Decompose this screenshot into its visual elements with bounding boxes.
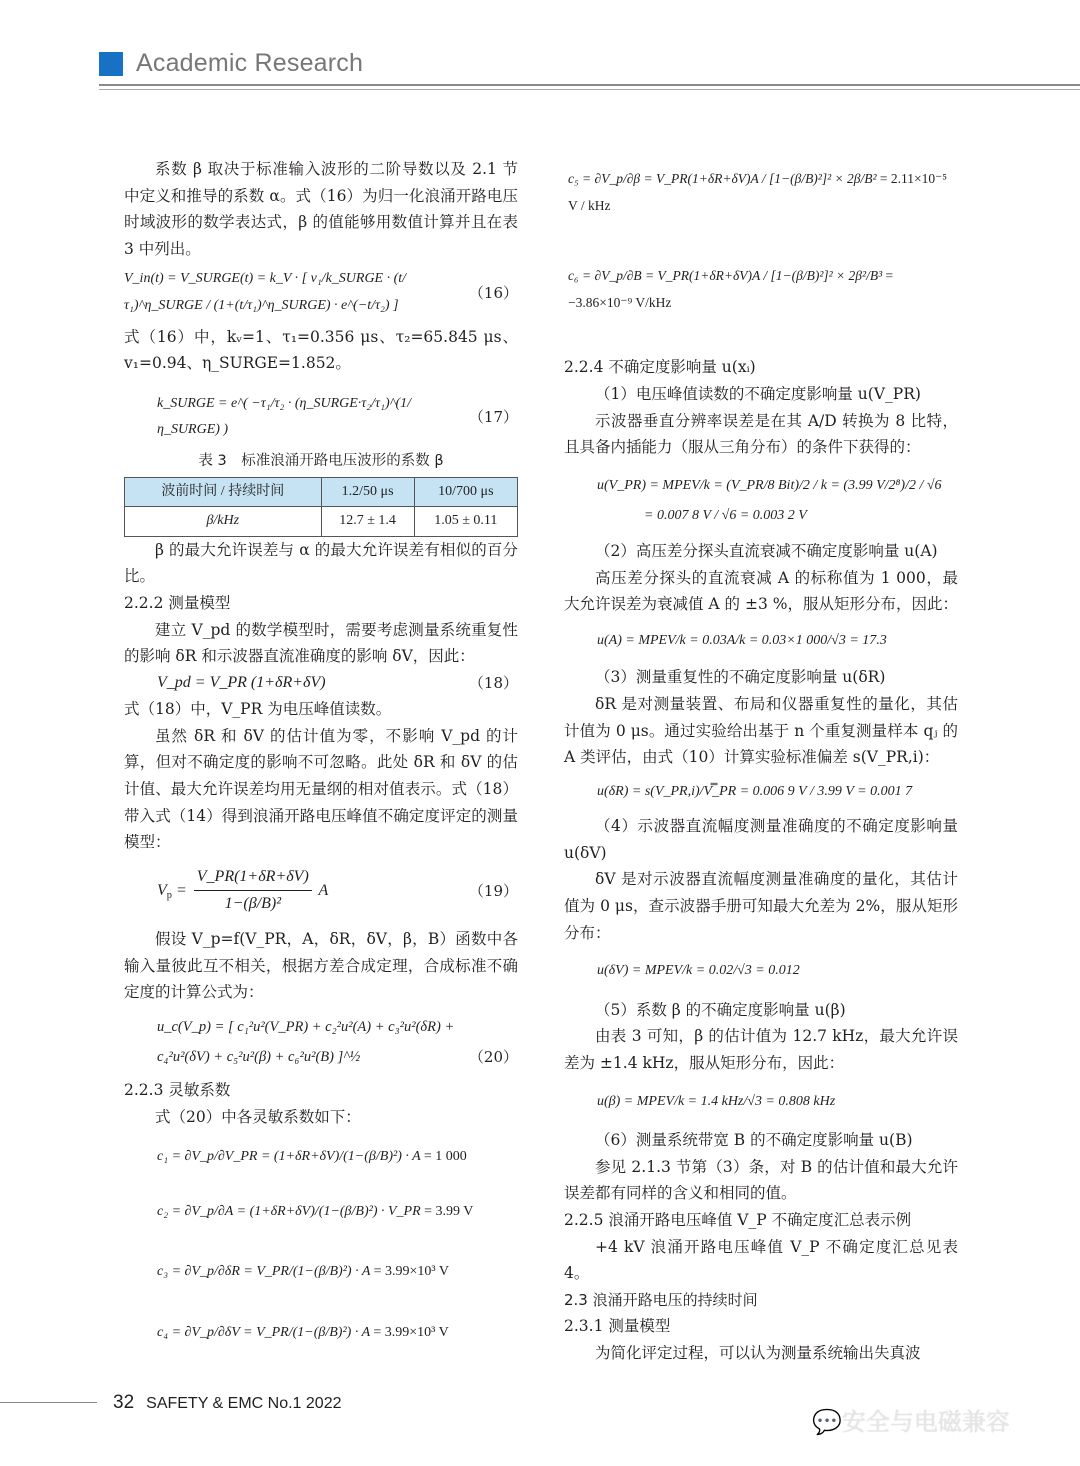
paragraph: 为简化评定过程，可以认为测量系统输出失真波 <box>564 1340 958 1367</box>
paragraph: δR 是对测量装置、布局和仪器重复性的量化，其估计值为 0 μs。通过实验给出基… <box>564 691 958 771</box>
equation-16: V_in(t) = V_SURGE(t) = k_V · [ v₁/k_SURG… <box>124 266 518 319</box>
equation-u-dv: u(δV) = MPEV/k = 0.02/√3 = 0.012 <box>564 958 958 985</box>
paragraph: β 的最大允许误差与 α 的最大允许误差有相似的百分比。 <box>124 537 518 590</box>
equation-20-line1: u_c(V_p) = [ c₁²u²(V_PR) + c₂²u²(A) + c₃… <box>124 1014 518 1041</box>
equation-c2: c₂ = ∂V_p/∂A = (1+δR+δV)/(1−(β/B)²) · V_… <box>124 1199 518 1226</box>
paragraph: 式（16）中，kᵥ=1、τ₁=0.356 μs、τ₂=65.845 μs、v₁=… <box>124 324 518 377</box>
paragraph: 参见 2.1.3 节第（3）条，对 B 的估计值和最大允许误差都有同样的含义和相… <box>564 1154 958 1207</box>
equation-18: V_pd = V_PR (1+δR+δV) （18） <box>124 670 518 697</box>
table-caption: 表 3 标准浪涌开路电压波形的系数 β <box>124 448 518 475</box>
section-marker <box>99 52 123 76</box>
equation-c1: c₁ = ∂V_p/∂V_PR = (1+δR+δV)/(1−(β/B)²) ·… <box>124 1144 518 1171</box>
header-rule <box>99 84 1080 86</box>
table-cell: 12.7 ± 1.4 <box>321 507 414 537</box>
table-header-cell: 1.2/50 μs <box>321 477 414 507</box>
equation-c3: c₃ = ∂V_p/∂δR = V_PR/(1−(β/B)²) · A = 3.… <box>124 1259 518 1286</box>
wechat-icon: 💬 <box>812 1408 842 1436</box>
paragraph: 式（20）中各灵敏系数如下： <box>124 1104 518 1131</box>
equation-c4: c₄ = ∂V_p/∂δV = V_PR/(1−(β/B)²) · A = 3.… <box>124 1320 518 1347</box>
header-rule-thin <box>99 89 1080 90</box>
equation-20-line2: c₄²u²(δV) + c₅²u²(β) + c₆²u²(B) ]^½ （20） <box>124 1044 518 1071</box>
equation-u-dr: u(δR) = s(V_PR,i)/V̿_PR = 0.006 9 V / 3.… <box>564 779 958 806</box>
subsection-heading: 2.2.4 不确定度影响量 u(xᵢ) <box>564 354 958 381</box>
paragraph: +4 kV 浪涌开路电压峰值 V_P 不确定度汇总见表 4。 <box>564 1234 958 1287</box>
paragraph: 虽然 δR 和 δV 的估计值为零，不影响 V_pd 的计算，但对不确定度的影响… <box>124 723 518 856</box>
equation-c5: c₅ = ∂V_p/∂β = V_PR(1+δR+δV)A / [1−(β/B)… <box>564 166 958 219</box>
paragraph: δV 是对示波器直流幅度测量准确度的量化，其估计值为 0 μs，查示波器手册可知… <box>564 866 958 946</box>
right-column: c₅ = ∂V_p/∂β = V_PR(1+δR+δV)A / [1−(β/B)… <box>564 156 958 1367</box>
paragraph: 建立 V_pd 的数学模型时，需要考虑测量系统重复性的影响 δR 和示波器直流准… <box>124 617 518 670</box>
equation-u-beta: u(β) = MPEV/k = 1.4 kHz/√3 = 0.808 kHz <box>564 1089 958 1116</box>
item-title: （1）电压峰值读数的不确定度影响量 u(V_PR) <box>564 381 958 408</box>
section-header: Academic Research <box>136 49 363 78</box>
equation-u-vpr-result: = 0.007 8 V / √6 = 0.003 2 V <box>564 503 958 530</box>
table-3: 波前时间 / 持续时间 1.2/50 μs 10/700 μs β/kHz 12… <box>124 477 518 537</box>
paragraph: 由表 3 可知，β 的估计值为 12.7 kHz，最大允许误差为 ±1.4 kH… <box>564 1023 958 1076</box>
equation-19: Vp = V_PR(1+δR+δV)1−(β/B)² A （19） <box>124 864 518 918</box>
table-header-cell: 波前时间 / 持续时间 <box>125 477 322 507</box>
item-title: （4）示波器直流幅度测量准确度的不确定度影响量 u(δV) <box>564 813 958 866</box>
left-column: 系数 β 取决于标准输入波形的二阶导数以及 2.1 节中定义和推导的系数 α。式… <box>124 156 518 1347</box>
paragraph: 式（18）中，V_PR 为电压峰值读数。 <box>124 696 518 723</box>
table-row: β/kHz 12.7 ± 1.4 1.05 ± 0.11 <box>125 507 518 537</box>
subsection-heading: 2.2.2 测量模型 <box>124 590 518 617</box>
equation-u-a: u(A) = MPEV/k = 0.03A/k = 0.03×1 000/√3 … <box>564 628 958 655</box>
subsection-heading: 2.2.5 浪涌开路电压峰值 V_P 不确定度汇总表示例 <box>564 1207 958 1234</box>
item-title: （6）测量系统带宽 B 的不确定度影响量 u(B) <box>564 1127 958 1154</box>
subsection-heading: 2.2.3 灵敏系数 <box>124 1077 518 1104</box>
footer: 32SAFETY & EMC No.1 2022 <box>113 1392 341 1414</box>
journal-name: SAFETY & EMC No.1 2022 <box>146 1395 341 1412</box>
paragraph: 假设 V_p=f(V_PR，A，δR，δV，β，B）函数中各输入量彼此互不相关，… <box>124 926 518 1006</box>
paragraph: 示波器垂直分辨率误差是在其 A/D 转换为 8 比特，且具备内插能力（服从三角分… <box>564 408 958 461</box>
item-title: （5）系数 β 的不确定度影响量 u(β) <box>564 997 958 1024</box>
footer-rule <box>0 1402 97 1403</box>
table-header-cell: 10/700 μs <box>414 477 517 507</box>
table-cell: 1.05 ± 0.11 <box>414 507 517 537</box>
equation-c6: c₆ = ∂V_p/∂B = V_PR(1+δR+δV)A / [1−(β/B)… <box>564 263 958 316</box>
section-heading: 2.3 浪涌开路电压的持续时间 <box>564 1287 958 1314</box>
item-title: （2）高压差分探头直流衰减不确定度影响量 u(A) <box>564 538 958 565</box>
subsection-heading: 2.3.1 测量模型 <box>564 1313 958 1340</box>
equation-u-vpr: u(V_PR) = MPEV/k = (V_PR/8 Bit)/2 / k = … <box>564 473 958 500</box>
table-cell: β/kHz <box>125 507 322 537</box>
watermark: 💬安全与电磁兼容 <box>812 1402 1010 1437</box>
page-number: 32 <box>113 1392 134 1413</box>
equation-17: k_SURGE = e^( −τ₁/τ₂ · (η_SURGE·τ₂/τ₁)^(… <box>124 391 518 444</box>
paragraph: 高压差分探头的直流衰减 A 的标称值为 1 000，最大允许误差为衰减值 A 的… <box>564 565 958 618</box>
item-title: （3）测量重复性的不确定度影响量 u(δR) <box>564 664 958 691</box>
paragraph: 系数 β 取决于标准输入波形的二阶导数以及 2.1 节中定义和推导的系数 α。式… <box>124 156 518 262</box>
